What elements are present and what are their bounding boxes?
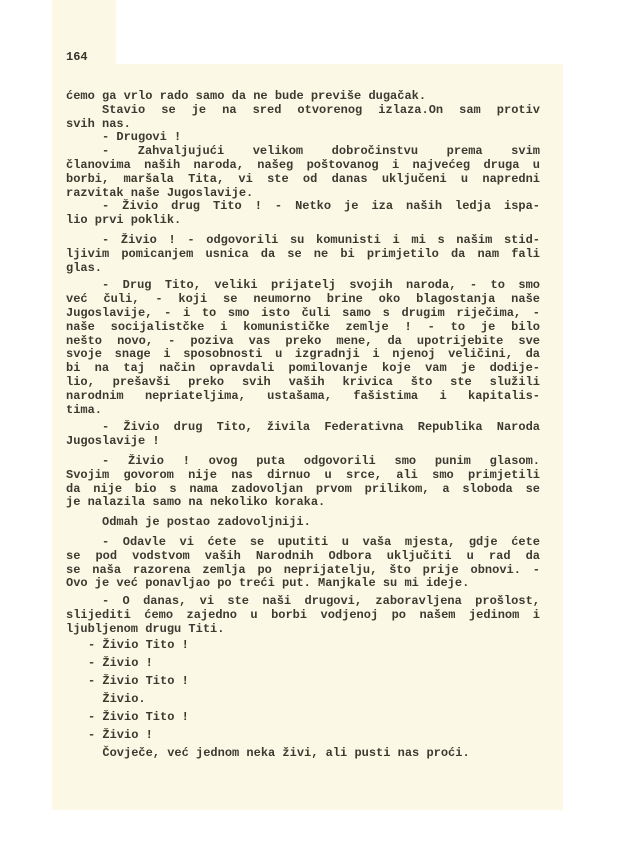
text-line: lio, prešavši preko svih vaših krivica š… xyxy=(66,376,540,390)
text-line: članovima naših naroda, našeg poštovanog… xyxy=(66,159,540,173)
text-line: glas. xyxy=(66,262,540,276)
text-line: svih nas. xyxy=(66,118,540,132)
text-line: - Živio Tito ! xyxy=(66,636,540,654)
text-line: se naša razorena zemlja po neprijatelju,… xyxy=(66,564,540,578)
text-line: Jugoslavije ! xyxy=(66,435,540,449)
text-line: - Živio ! - odgovorili su komunisti i mi… xyxy=(66,234,540,248)
text-line: ljubljenom drugu Titi. xyxy=(66,623,540,637)
text-line: - O danas, vi ste naši drugovi, zaboravl… xyxy=(66,595,540,609)
page-body-text: ćemo ga vrlo rado samo da ne bude previš… xyxy=(66,90,540,762)
text-line: - Živio drug Tito ! - Netko je iza naših… xyxy=(66,200,540,214)
text-line: bi na taj način opravdali pomilovanje ko… xyxy=(66,362,540,376)
page-number: 164 xyxy=(66,50,88,64)
text-line: ćemo ga vrlo rado samo da ne bude previš… xyxy=(66,90,540,104)
text-line: - Živio ! xyxy=(66,726,540,744)
text-line: Ovo je već ponavljao po treći put. Manjk… xyxy=(66,577,540,591)
text-line: ljivim pomicanjem usnica da se ne bi pri… xyxy=(66,248,540,262)
text-line: lio prvi poklik. xyxy=(66,214,540,228)
text-line: Svojim govorom nije nas dirnuo u srce, a… xyxy=(66,469,540,483)
text-line: Stavio se je na sred otvorenog izlaza.On… xyxy=(66,104,540,118)
text-line: Odmah je postao zadovoljniji. xyxy=(66,516,540,530)
text-line: - Živio ! xyxy=(66,654,540,672)
text-line: tima. xyxy=(66,404,540,418)
text-line: - Odavle vi ćete se uputiti u vaša mjest… xyxy=(66,536,540,550)
text-line: Jugoslavije, - i to smo isto čuli samo s… xyxy=(66,307,540,321)
text-line: je nalazila samo na nekoliko koraka. xyxy=(66,496,540,510)
text-line: naše socijalistčke i komunističke zemlje… xyxy=(66,321,540,335)
text-line: - Živio Tito ! xyxy=(66,708,540,726)
text-line: - Živio drug Tito, živila Federativna Re… xyxy=(66,421,540,435)
text-line: - Zahvaljujući velikom dobročinstvu prem… xyxy=(66,145,540,159)
text-line: - Drugovi ! xyxy=(66,131,540,145)
text-line: narodnim nepriateljima, ustašama, fašist… xyxy=(66,390,540,404)
text-line: borbi, maršala Tita, vi ste od danas ukl… xyxy=(66,173,540,187)
text-line: - Živio Tito ! xyxy=(66,672,540,690)
text-line: Živio. xyxy=(66,690,540,708)
text-line: Čovječe, već jednom neka živi, ali pusti… xyxy=(66,744,540,762)
text-line: da nije bio s nama zadovoljan prvom pril… xyxy=(66,483,540,497)
text-line: - Živio ! ovog puta odgovorili smo punim… xyxy=(66,455,540,469)
text-line: nešto novo, - poziva vas preko mene, da … xyxy=(66,335,540,349)
text-line: se pod vodstvom vaših Narodnih Odbora uk… xyxy=(66,550,540,564)
text-line: - Drug Tito, veliki prijatelj svojih nar… xyxy=(66,279,540,293)
text-line: svoje snage i sposobnosti u izgradnji i … xyxy=(66,348,540,362)
text-line: već čuli, - koji se neumorno brine oko b… xyxy=(66,293,540,307)
text-line: slijediti ćemo zajedno u borbi vodjenoj … xyxy=(66,609,540,623)
